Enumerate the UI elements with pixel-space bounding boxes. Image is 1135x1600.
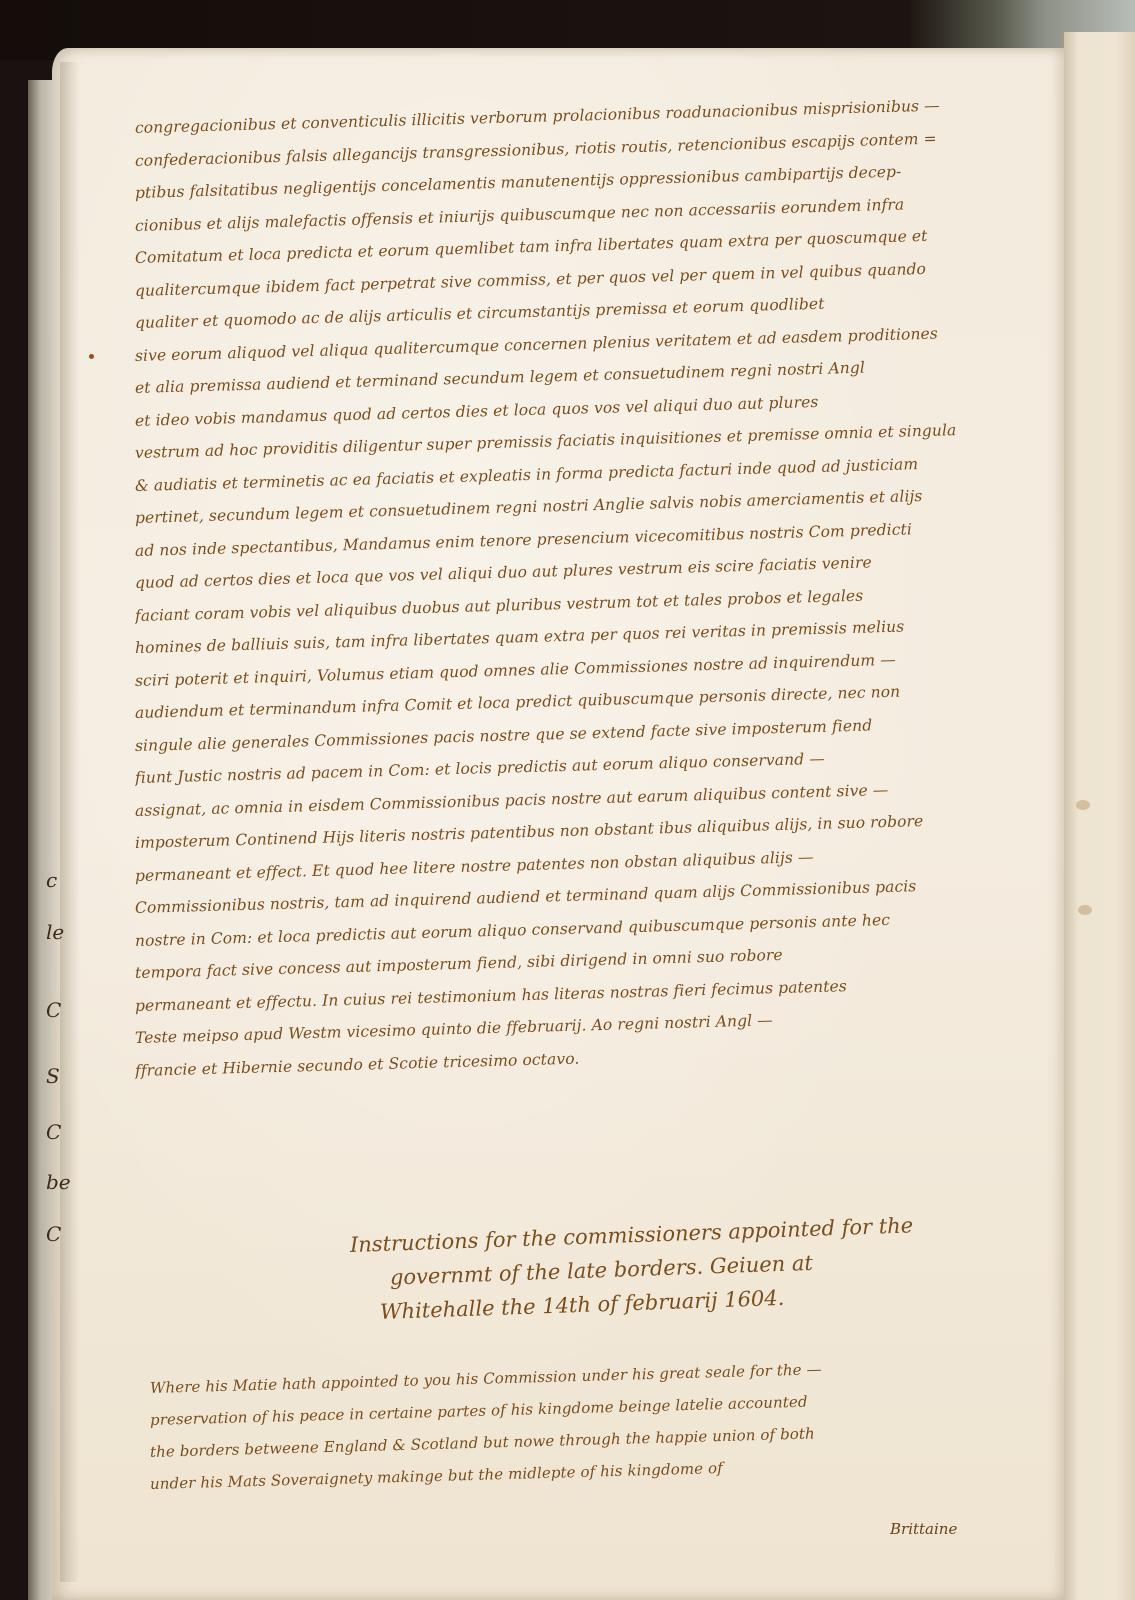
paper-stain [1076, 800, 1090, 810]
section-heading: Instructions for the commissioners appoi… [350, 1228, 970, 1330]
paper-stain [1078, 905, 1092, 915]
margin-fragment: le [46, 920, 64, 944]
facing-page [1062, 32, 1135, 1600]
margin-fragment: S [46, 1064, 60, 1088]
margin-fragment: C [46, 998, 61, 1022]
page-curl-shadow [60, 62, 80, 1582]
latin-text-block: congregacionibus et conventiculis illici… [135, 112, 1045, 1087]
margin-fragment: C [46, 1222, 61, 1246]
margin-fragment: be [46, 1170, 71, 1194]
margin-fragment: C [46, 1120, 61, 1144]
english-text-block: Where his Matie hath appointed to you hi… [150, 1372, 1050, 1500]
catchword: Brittaine [890, 1520, 957, 1538]
margin-fragment: c [46, 868, 57, 892]
ink-spot [89, 354, 94, 359]
